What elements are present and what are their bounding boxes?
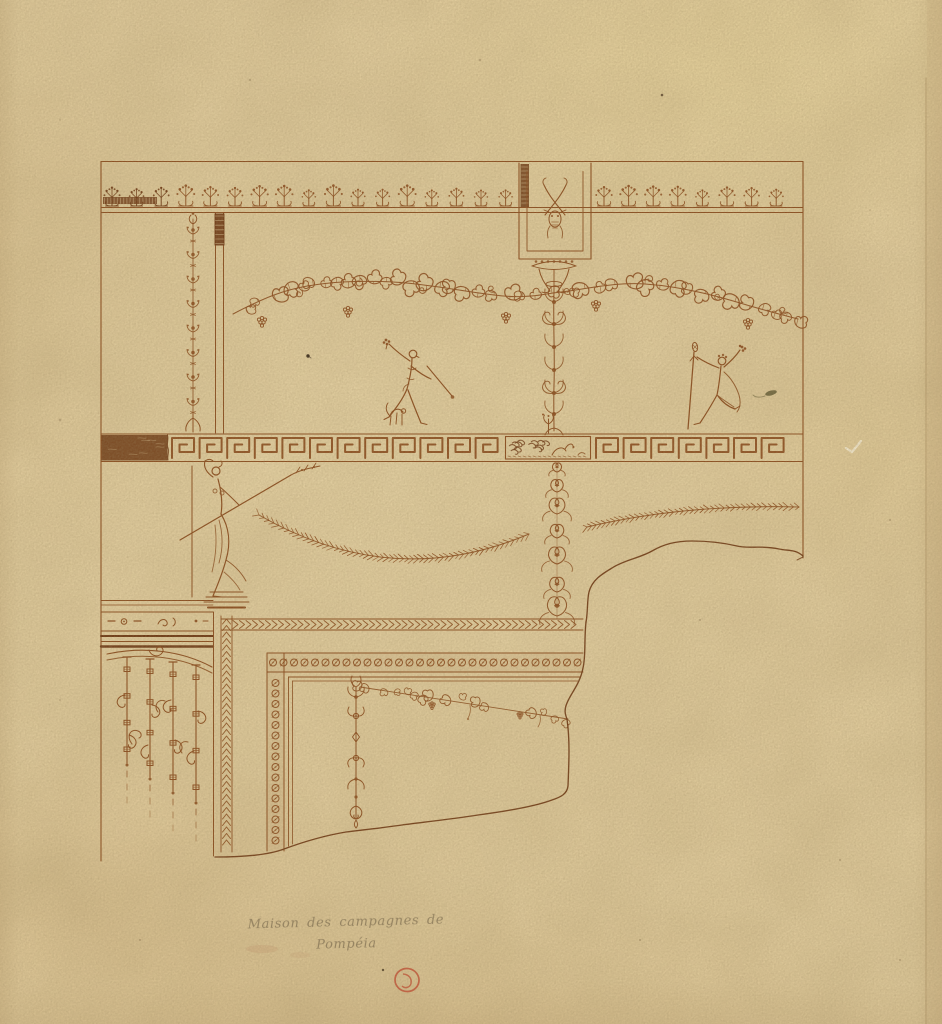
pompeii-wall-drawing — [0, 0, 942, 1024]
scanned-drawing-page: Maison des campagnes de Pompéia — [0, 0, 942, 1024]
paper-grain — [0, 0, 942, 1024]
